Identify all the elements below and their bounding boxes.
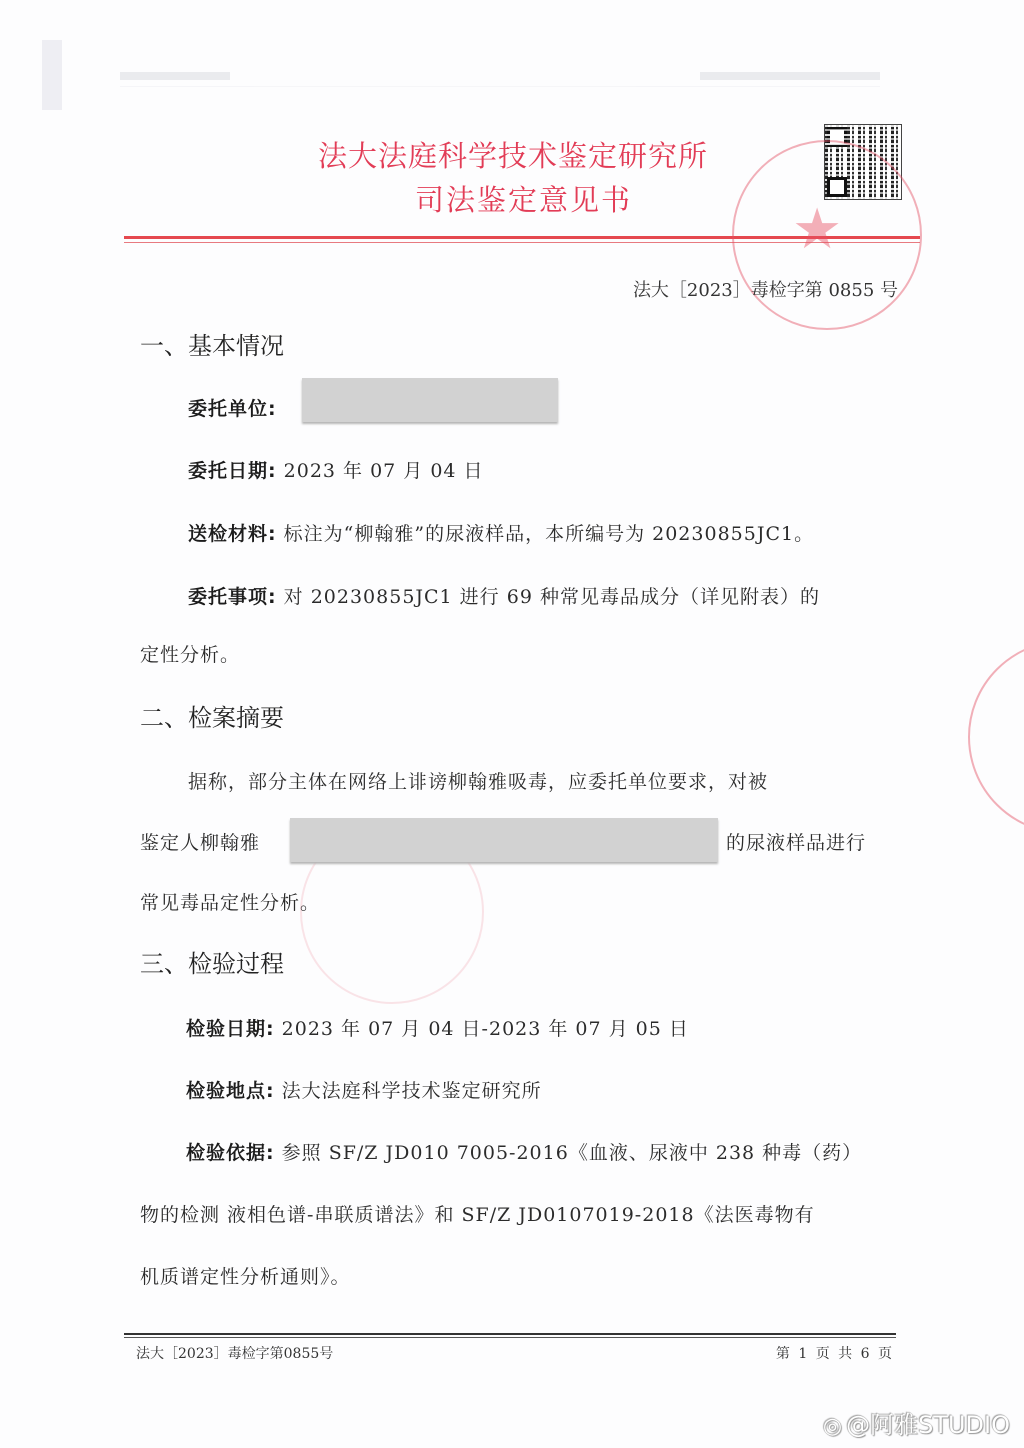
- field-label: 检验依据:: [186, 1142, 275, 1164]
- field-inspection-date: 检验日期: 2023 年 07 月 04 日-2023 年 07 月 05 日: [186, 1014, 689, 1041]
- field-submitted-material: 送检材料: 标注为“柳翰雅”的尿液样品，本所编号为 20230855JC1。: [188, 519, 814, 546]
- scan-artifact: [42, 40, 62, 110]
- summary-line-1: 据称，部分主体在网络上诽谤柳翰雅吸毒，应委托单位要求，对被: [188, 767, 768, 794]
- field-inspection-basis: 检验依据: 参照 SF/Z JD010 7005-2016《血液、尿液中 238…: [186, 1138, 862, 1165]
- section-heading-inspection-process: 三、检验过程: [140, 944, 284, 979]
- qr-code: [824, 124, 902, 200]
- footer-document-number: 法大［2023］毒检字第0855号: [136, 1343, 333, 1363]
- field-label: 送检材料:: [188, 523, 277, 545]
- footer-page-info: 第 1 页 共 6 页: [776, 1343, 894, 1363]
- field-value: 2023 年 07 月 04 日: [284, 460, 484, 482]
- field-label: 检验日期:: [186, 1018, 275, 1040]
- document-type-title: 司法鉴定意见书: [415, 178, 632, 219]
- field-entrusting-unit: 委托单位:: [188, 394, 277, 421]
- document-number: 法大［2023］毒检字第 0855 号: [633, 276, 898, 302]
- weibo-icon: ◎: [823, 1414, 842, 1439]
- field-value: 参照 SF/Z JD010 7005-2016《血液、尿液中 238 种毒（药）: [282, 1142, 863, 1164]
- field-inspection-basis-continuation: 物的检测 液相色谱-串联质谱法》和 SF/Z JD0107019-2018《法医…: [140, 1200, 815, 1227]
- field-value: 法大法庭科学技术鉴定研究所: [282, 1080, 542, 1102]
- summary-line-2-prefix: 鉴定人柳翰雅: [140, 828, 260, 855]
- summary-line-3: 常见毒品定性分析。: [140, 888, 320, 915]
- field-label: 委托事项:: [188, 586, 277, 608]
- field-inspection-basis-continuation-2: 机质谱定性分析通则》。: [140, 1262, 351, 1289]
- field-value: 标注为“柳翰雅”的尿液样品，本所编号为 20230855JC1。: [284, 523, 814, 545]
- field-entrusted-matter: 委托事项: 对 20230855JC1 进行 69 种常见毒品成分（详见附表）的: [188, 582, 820, 609]
- field-value: 对 20230855JC1 进行 69 种常见毒品成分（详见附表）的: [284, 586, 820, 608]
- field-label: 委托日期:: [188, 460, 277, 482]
- section-heading-basic-info: 一、基本情况: [140, 326, 284, 361]
- footer-rule-thin: [124, 1337, 896, 1338]
- field-label: 检验地点:: [186, 1080, 275, 1102]
- field-entrust-date: 委托日期: 2023 年 07 月 04 日: [188, 456, 484, 483]
- bleed-through-header: [120, 72, 880, 87]
- field-value: 2023 年 07 月 04 日-2023 年 07 月 05 日: [282, 1018, 689, 1040]
- redaction-box: [290, 818, 718, 862]
- section-heading-case-summary: 二、检案摘要: [140, 698, 284, 733]
- redaction-box: [302, 378, 558, 422]
- watermark-text: @阿雅STUDIO: [846, 1411, 1010, 1439]
- summary-line-2-suffix: 的尿液样品进行: [726, 828, 866, 855]
- institution-title: 法大法庭科学技术鉴定研究所: [318, 134, 708, 175]
- weibo-watermark: ◎@阿雅STUDIO: [823, 1405, 1010, 1440]
- field-label: 委托单位:: [188, 398, 277, 420]
- field-inspection-location: 检验地点: 法大法庭科学技术鉴定研究所: [186, 1076, 542, 1103]
- seal-star-icon: ★: [792, 202, 842, 258]
- field-entrusted-matter-continuation: 定性分析。: [140, 640, 240, 667]
- official-seal-right: [968, 640, 1024, 834]
- footer-rule: [124, 1333, 896, 1335]
